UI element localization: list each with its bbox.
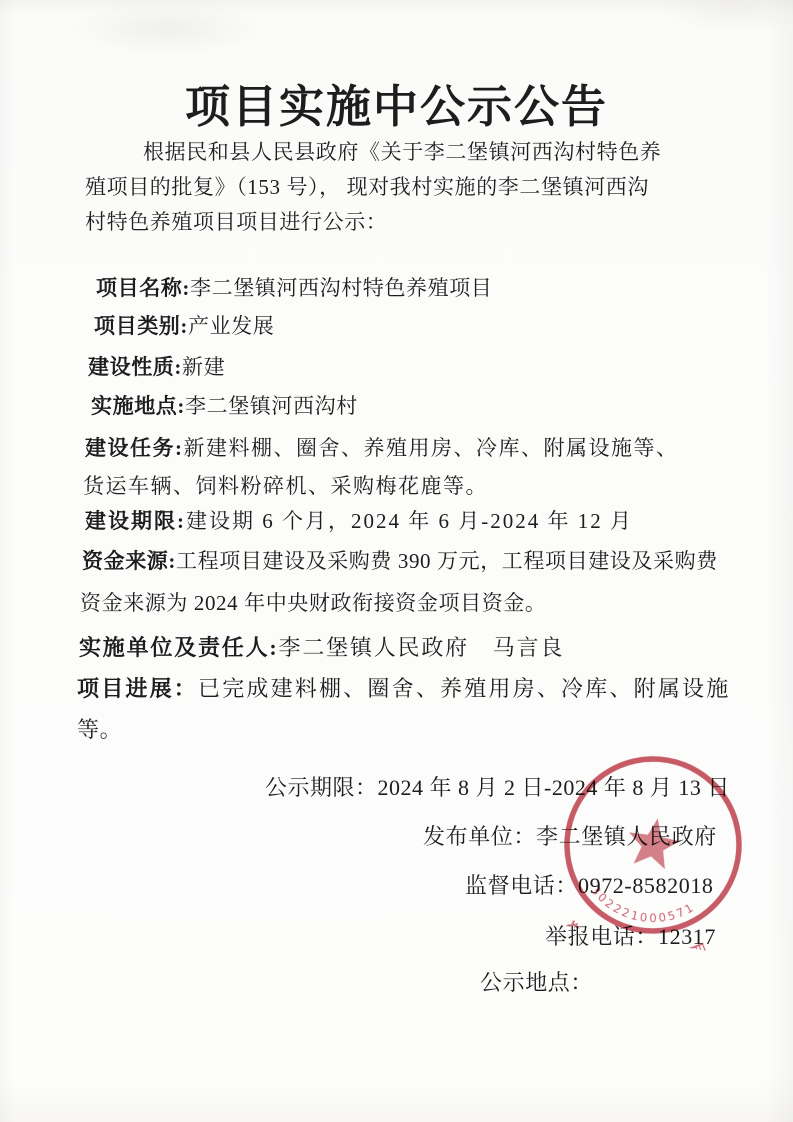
scanned-notice-page: 项目实施中公示公告 根据民和县人民县政府《关于李二堡镇河西沟村特色养 殖项目的批… bbox=[0, 0, 793, 1122]
field-project-name: 项目名称:李二堡镇河西沟村特色养殖项目 bbox=[96, 276, 492, 301]
intro-line-2: 殖项目的批复》（153 号）， 现对我村实施的李二堡镇河西沟 bbox=[85, 175, 649, 200]
footer-publicity-location: 公示地点： bbox=[480, 970, 593, 996]
field-project-progress-line-1: 项目进展：已完成建料棚、圈舍、养殖用房、冷库、附属设施 bbox=[77, 676, 730, 702]
official-seal-stamp: 民和回族土族自治县李二堡镇人民政府 302221000571 bbox=[543, 735, 763, 955]
field-construction-tasks-line-2: 货运车辆、饲料粉碎机、采购梅花鹿等。 bbox=[83, 474, 488, 499]
seal-svg: 民和回族土族自治县李二堡镇人民政府 302221000571 bbox=[543, 735, 763, 955]
intro-line-3: 村特色养殖项目项目进行公示： bbox=[85, 210, 387, 235]
field-funding-source-line-1: 资金来源:工程项目建设及采购费 390 万元，工程项目建设及采购费 bbox=[82, 549, 718, 574]
seal-star-icon bbox=[624, 814, 683, 871]
page-title: 项目实施中公示公告 bbox=[0, 70, 793, 135]
field-construction-period: 建设期限:建设期 6 个月，2024 年 6 月-2024 年 12 月 bbox=[85, 509, 633, 534]
field-implementing-unit: 实施单位及责任人:李二堡镇人民政府 马言良 bbox=[79, 635, 564, 661]
field-funding-source-line-2: 资金来源为 2024 年中央财政衔接资金项目资金。 bbox=[80, 591, 547, 616]
field-construction-tasks-line-1: 建设任务:新建料棚、圈舍、养殖用房、冷库、附属设施等、 bbox=[85, 436, 679, 461]
field-project-category: 项目类别:产业发展 bbox=[94, 314, 274, 339]
field-construction-nature: 建设性质:新建 bbox=[88, 355, 225, 380]
intro-line-1: 根据民和县人民县政府《关于李二堡镇河西沟村特色养 bbox=[143, 140, 661, 165]
field-project-progress-line-2: 等。 bbox=[77, 717, 122, 743]
field-implementation-location: 实施地点:李二堡镇河西沟村 bbox=[91, 394, 358, 419]
